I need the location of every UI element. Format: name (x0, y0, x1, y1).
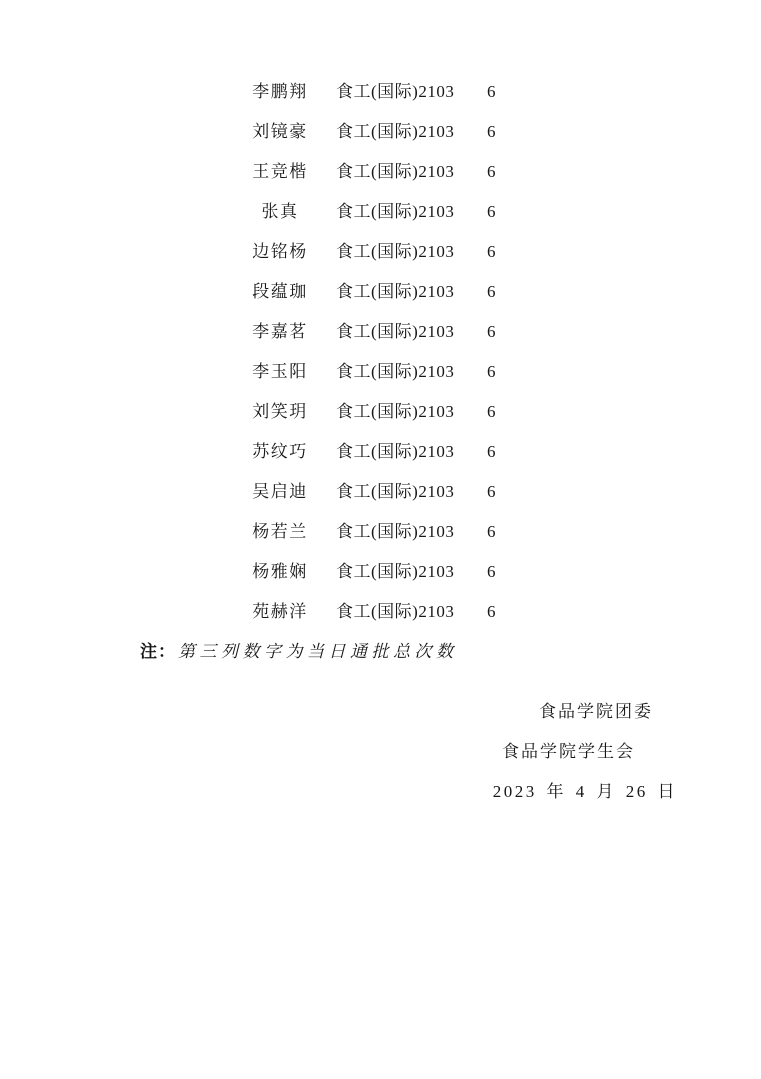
student-name: 李嘉茗 (224, 312, 336, 352)
student-name: 李鹏翔 (224, 72, 336, 112)
table-row: 李玉阳 食工(国际)2103 6 (224, 352, 761, 392)
approval-count: 6 (486, 72, 526, 112)
class-name: 食工(国际)2103 (336, 312, 486, 352)
table-row: 刘镜豪 食工(国际)2103 6 (224, 112, 761, 152)
document-page: 李鹏翔 食工(国际)2103 6 刘镜豪 食工(国际)2103 6 王竞楷 食工… (0, 0, 761, 1079)
student-name: 段蕴珈 (224, 272, 336, 312)
student-name: 刘笑玥 (224, 392, 336, 432)
student-name: 刘镜豪 (224, 112, 336, 152)
student-name: 杨雅娴 (224, 552, 336, 592)
student-name: 王竞楷 (224, 152, 336, 192)
table-row: 段蕴珈 食工(国际)2103 6 (224, 272, 761, 312)
approval-count: 6 (486, 512, 526, 552)
table-row: 苏纹巧 食工(国际)2103 6 (224, 432, 761, 472)
class-name: 食工(国际)2103 (336, 432, 486, 472)
table-row: 刘笑玥 食工(国际)2103 6 (224, 392, 761, 432)
approval-count: 6 (486, 352, 526, 392)
approval-count: 6 (486, 312, 526, 352)
student-name: 苏纹巧 (224, 432, 336, 472)
class-name: 食工(国际)2103 (336, 592, 486, 632)
class-name: 食工(国际)2103 (336, 152, 486, 192)
footnote-prefix: 注： (140, 642, 176, 661)
class-name: 食工(国际)2103 (336, 232, 486, 272)
approval-count: 6 (486, 432, 526, 472)
table-row: 吴启迪 食工(国际)2103 6 (224, 472, 761, 512)
student-name: 边铭杨 (224, 232, 336, 272)
table-row: 王竞楷 食工(国际)2103 6 (224, 152, 761, 192)
approval-count: 6 (486, 232, 526, 272)
table-row: 杨若兰 食工(国际)2103 6 (224, 512, 761, 552)
signature-org-1: 食品学院团委 (539, 692, 761, 732)
approval-count: 6 (486, 472, 526, 512)
footnote-text: 第三列数字为当日通批总次数 (178, 642, 458, 661)
class-name: 食工(国际)2103 (336, 512, 486, 552)
signature-org-2: 食品学院学生会 (502, 732, 761, 772)
student-name: 苑赫洋 (224, 592, 336, 632)
approval-count: 6 (486, 392, 526, 432)
footnote: 注：第三列数字为当日通批总次数 (140, 632, 458, 672)
approval-count: 6 (486, 152, 526, 192)
table-row: 李嘉茗 食工(国际)2103 6 (224, 312, 761, 352)
approval-count: 6 (486, 192, 526, 232)
table-row: 杨雅娴 食工(国际)2103 6 (224, 552, 761, 592)
class-name: 食工(国际)2103 (336, 272, 486, 312)
class-name: 食工(国际)2103 (336, 472, 486, 512)
approval-count: 6 (486, 592, 526, 632)
student-name: 张真 (224, 192, 336, 232)
class-name: 食工(国际)2103 (336, 392, 486, 432)
signature-date: 2023 年 4 月 26 日 (493, 772, 761, 812)
table-row: 张真 食工(国际)2103 6 (224, 192, 761, 232)
approval-count: 6 (486, 112, 526, 152)
class-name: 食工(国际)2103 (336, 352, 486, 392)
approval-count: 6 (486, 272, 526, 312)
student-name: 李玉阳 (224, 352, 336, 392)
approval-count: 6 (486, 552, 526, 592)
class-name: 食工(国际)2103 (336, 552, 486, 592)
table-row: 边铭杨 食工(国际)2103 6 (224, 232, 761, 272)
class-name: 食工(国际)2103 (336, 72, 486, 112)
table-row: 李鹏翔 食工(国际)2103 6 (224, 72, 761, 112)
class-name: 食工(国际)2103 (336, 192, 486, 232)
class-name: 食工(国际)2103 (336, 112, 486, 152)
student-name: 吴启迪 (224, 472, 336, 512)
table-row: 苑赫洋 食工(国际)2103 6 (224, 592, 761, 632)
student-name: 杨若兰 (224, 512, 336, 552)
roster-rows: 李鹏翔 食工(国际)2103 6 刘镜豪 食工(国际)2103 6 王竞楷 食工… (0, 72, 761, 632)
